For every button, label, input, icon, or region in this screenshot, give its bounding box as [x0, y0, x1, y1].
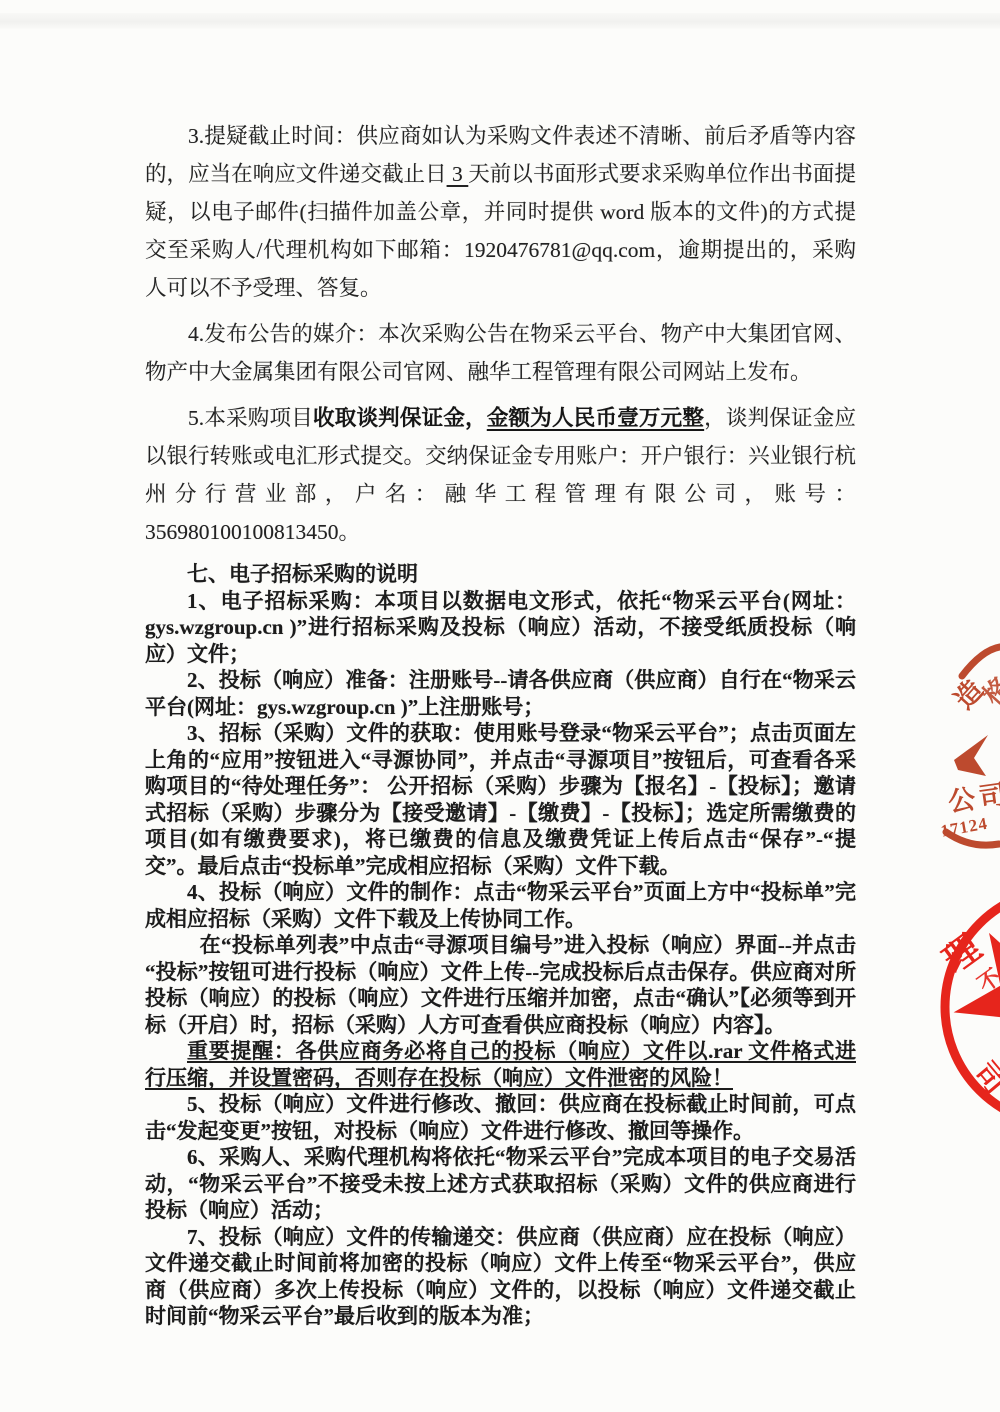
- text-run: 4.发布公告的媒介：本次采购公告在物采云平台、物产中大集团官网、物产中大金属集团…: [145, 322, 856, 384]
- paragraph: 在“投标单列表”中点击“寻源项目编号”进入投标（响应）界面--并点击“投标”按钮…: [145, 932, 856, 1038]
- section-heading: 七、电子招标采购的说明: [145, 561, 856, 588]
- electronic-bidding-section: 七、电子招标采购的说明 1、电子招标采购：本项目以数据电文形式，依托“物采云平台…: [145, 561, 856, 1330]
- paragraph: 1、电子招标采购：本项目以数据电文形式，依托“物采云平台(网址：gys.wzgr…: [145, 588, 856, 668]
- section-paragraph-block: 1、电子招标采购：本项目以数据电文形式，依托“物采云平台(网址：gys.wzgr…: [145, 588, 856, 1330]
- paragraph: 重要提醒：各供应商务必将自己的投标（响应）文件以.rar 文件格式进行压缩，并设…: [145, 1038, 856, 1091]
- text-run: 3、招标（采购）文件的获取：使用账号登录“物采云平台”；点击页面左上角的“应用”…: [145, 721, 856, 878]
- text-run: 在“投标单列表”中点击“寻源项目编号”进入投标（响应）界面--并点击“投标”按钮…: [145, 933, 856, 1037]
- paragraph: 7、投标（响应）文件的传输递交：供应商（供应商）应在投标（响应）文件递交截止时间…: [145, 1224, 856, 1330]
- seal-char-bottom: 司: [967, 1056, 1000, 1100]
- seal-number: 17124: [939, 814, 989, 841]
- text-run: 7、投标（响应）文件的传输递交：供应商（供应商）应在投标（响应）文件递交截止时间…: [145, 1225, 856, 1329]
- text-run: 金额为人民币壹万元整: [487, 406, 704, 430]
- text-run: 5、投标（响应）文件进行修改、撤回：供应商在投标截止时间前，可点击“发起变更”按…: [145, 1092, 856, 1143]
- scan-artifact-band: [0, 13, 1000, 29]
- paragraph: 2、投标（响应）准备：注册账号--请各供应商（供应商）自行在“物采云平台(网址：…: [145, 667, 856, 720]
- text-run: 重要提醒：各供应商务必将自己的投标（响应）文件以.rar 文件格式进行压缩，并设…: [145, 1039, 856, 1090]
- seal-chars: 公司: [946, 779, 1000, 817]
- paragraph: 4.发布公告的媒介：本次采购公告在物采云平台、物产中大集团官网、物产中大金属集团…: [145, 315, 856, 391]
- paragraph: 4、投标（响应）文件的制作：点击“物采云平台”页面上方中“投标单”完成相应招标（…: [145, 879, 856, 932]
- text-run: 3: [447, 162, 469, 186]
- text-run: 4、投标（响应）文件的制作：点击“物采云平台”页面上方中“投标单”完成相应招标（…: [145, 880, 856, 931]
- paragraph: 3、招标（采购）文件的获取：使用账号登录“物采云平台”；点击页面左上角的“应用”…: [145, 720, 856, 879]
- intro-paragraph-block: 3.提疑截止时间：供应商如认为采购文件表述不清晰、前后矛盾等内容的，应当在响应文…: [145, 117, 856, 551]
- document-page: 3.提疑截止时间：供应商如认为采购文件表述不清晰、前后矛盾等内容的，应当在响应文…: [0, 0, 1000, 1412]
- document-content: 3.提疑截止时间：供应商如认为采购文件表述不清晰、前后矛盾等内容的，应当在响应文…: [145, 117, 856, 1330]
- company-seal-fragment-lower: 理 不 司: [936, 872, 1000, 1144]
- text-run: 2、投标（响应）准备：注册账号--请各供应商（供应商）自行在“物采云平台(网址：…: [145, 668, 856, 719]
- seal-partial-char: 格: [978, 672, 1000, 711]
- seal-star-fragment: [954, 735, 988, 776]
- text-run: 5.本采购项目: [188, 406, 313, 430]
- company-seal-fragment-upper: 造 格 公司 17124: [938, 638, 1000, 853]
- text-run: 收取谈判保证金，: [313, 406, 487, 430]
- text-run: 6、采购人、采购代理机构将依托“物采云平台”完成本项目的电子交易活动，“物采云平…: [145, 1145, 856, 1222]
- paragraph: 5.本采购项目收取谈判保证金，金额为人民币壹万元整，谈判保证金应以银行转账或电汇…: [145, 399, 856, 551]
- text-run: 1、电子招标采购：本项目以数据电文形式，依托“物采云平台(网址：gys.wzgr…: [145, 589, 856, 666]
- paragraph: 6、采购人、采购代理机构将依托“物采云平台”完成本项目的电子交易活动，“物采云平…: [145, 1144, 856, 1224]
- paragraph: 3.提疑截止时间：供应商如认为采购文件表述不清晰、前后矛盾等内容的，应当在响应文…: [145, 117, 856, 307]
- paragraph: 5、投标（响应）文件进行修改、撤回：供应商在投标截止时间前，可点击“发起变更”按…: [145, 1091, 856, 1144]
